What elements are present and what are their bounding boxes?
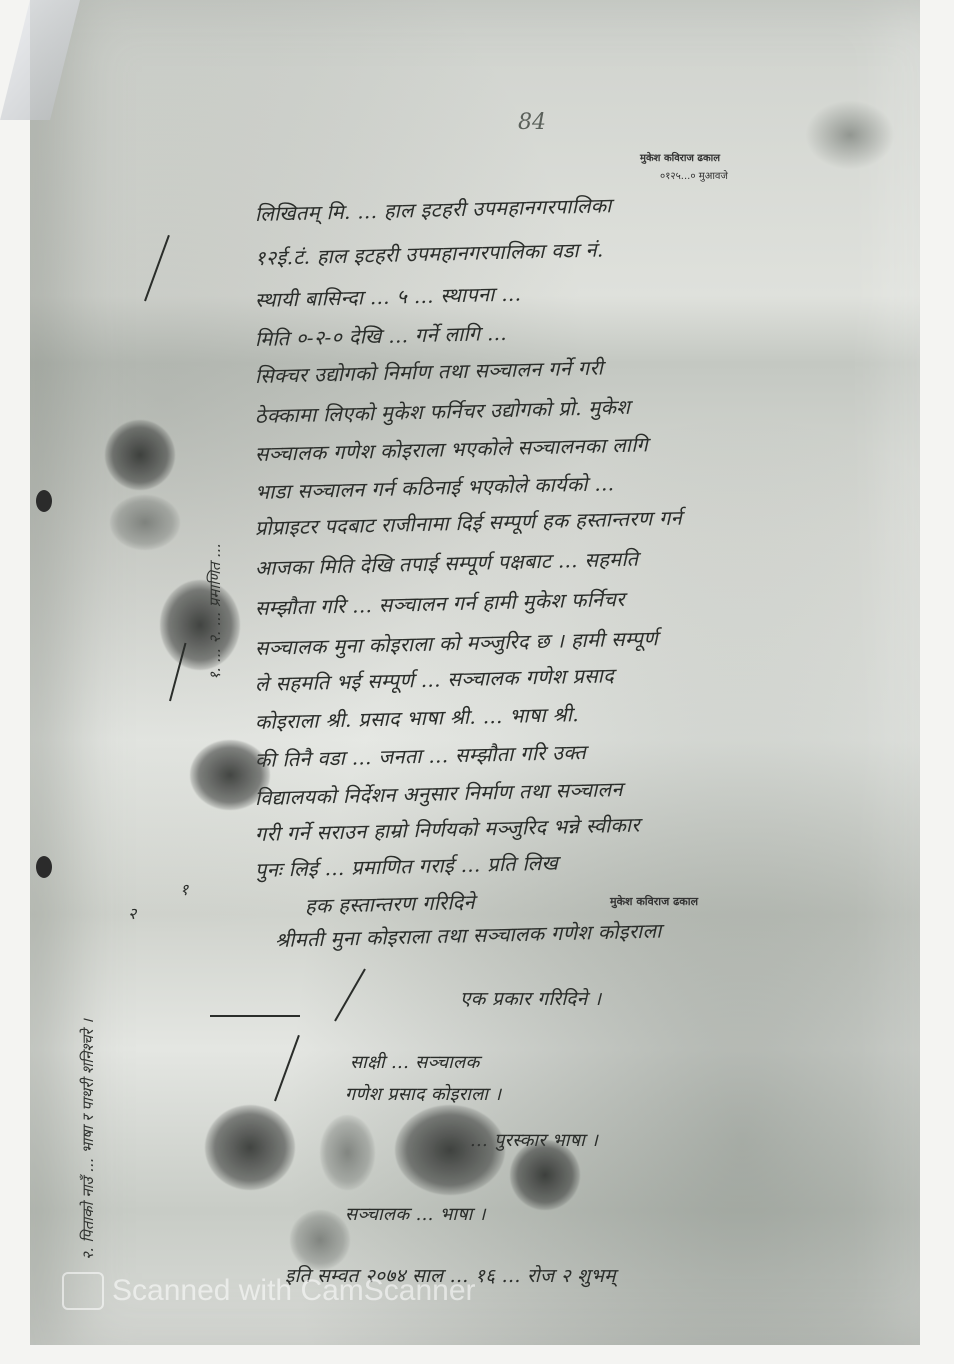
witness-number: १ <box>180 878 189 900</box>
thumbprint <box>105 420 175 490</box>
margin-bottom-note: २. पिताको नाउँ ... भाषा र पाथरी शनिश्चरे… <box>78 900 98 1260</box>
thumbprint <box>510 1140 580 1210</box>
folded-corner <box>0 0 80 120</box>
signatory-line: गणेश प्रसाद कोइराला । <box>345 1082 501 1106</box>
thumbprint <box>290 1210 350 1270</box>
page-number: 84 <box>518 110 546 135</box>
stamp-seal <box>805 100 895 170</box>
punch-hole-top <box>36 490 52 512</box>
closing-line: एक प्रकार गरिदिने । <box>460 985 601 1011</box>
inline-stamp: मुकेश कविराज ढकाल <box>610 894 698 909</box>
signatory-line: साक्षी ... सञ्चालक <box>350 1050 480 1074</box>
thumbprint <box>160 580 240 670</box>
body-line: हक हस्तान्तरण गरिदिने <box>305 888 476 919</box>
thumbprint <box>395 1105 505 1195</box>
thumbprint <box>190 740 270 810</box>
margin-witness-column: १. ... २. ... प्रमाणित ... <box>205 200 225 680</box>
header-stamp-sub: ०१२५...० मुआवजे <box>660 168 728 182</box>
thumbprint <box>320 1115 375 1190</box>
watermark-text: Scanned with CamScanner <box>112 1274 476 1308</box>
thumbprint <box>205 1105 295 1190</box>
signature-underline <box>210 1015 300 1017</box>
signatory-line: सञ्चालक ... भाषा । <box>345 1202 486 1226</box>
camscanner-logo-icon <box>62 1272 104 1310</box>
thumbprint <box>110 495 180 550</box>
header-stamp-name: मुकेश कविराज ढकाल <box>640 150 720 164</box>
punch-hole-bottom <box>36 856 52 878</box>
witness-number: २ <box>128 902 137 924</box>
camscanner-watermark: Scanned with CamScanner <box>62 1272 476 1310</box>
